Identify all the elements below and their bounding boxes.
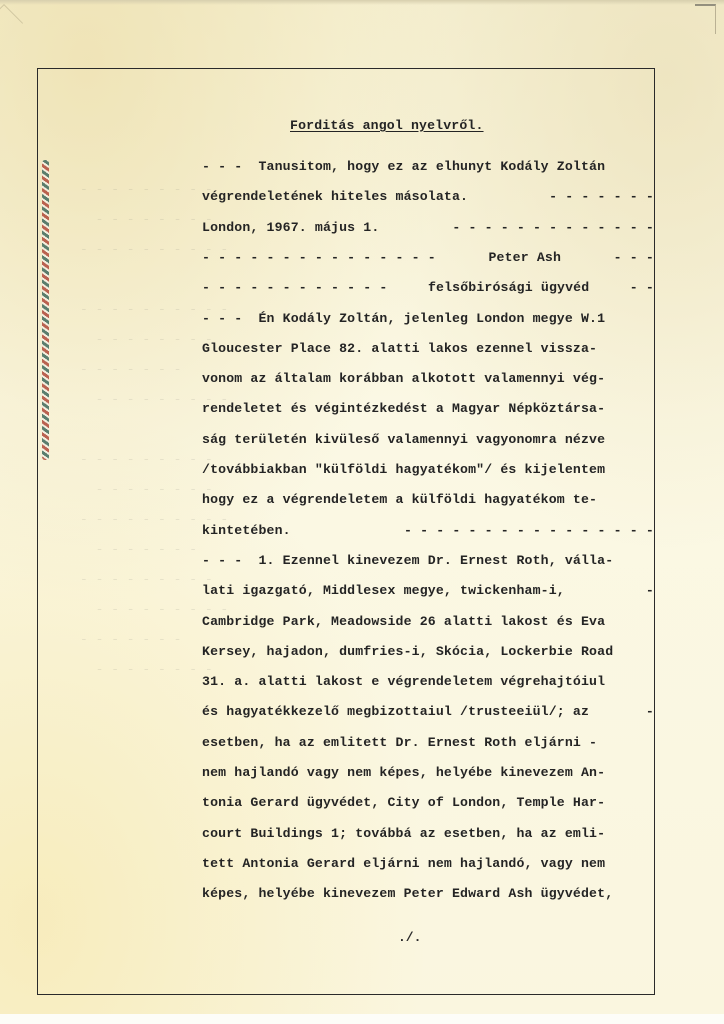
text-segment: - - - - - - - - - - - - -	[452, 219, 654, 237]
text-segment: - - - - - - - - - - - -	[202, 279, 387, 297]
text-line: court Buildings 1; továbbá az esetben, h…	[202, 825, 654, 843]
text-line: - - - - - - - - - - - - - - -Peter Ash- …	[202, 249, 654, 267]
text-segment: Kersey, hajadon, dumfries-i, Skócia, Loc…	[202, 643, 613, 661]
text-line: - - - 1. Ezennel kinevezem Dr. Ernest Ro…	[202, 552, 654, 570]
text-segment: ság területén kivüleső valamennyi vagyon…	[202, 431, 605, 449]
text-segment: Cambridge Park, Meadowside 26 alatti lak…	[202, 613, 605, 631]
tricolor-binding-cord	[42, 160, 49, 460]
text-line: tonia Gerard ügyvédet, City of London, T…	[202, 794, 654, 812]
text-line: ság területén kivüleső valamennyi vagyon…	[202, 431, 654, 449]
text-line: /továbbiakban "külföldi hagyatékom"/ és …	[202, 461, 654, 479]
page-continuation-marker: ./.	[398, 930, 421, 945]
text-line: Gloucester Place 82. alatti lakos ezenne…	[202, 340, 654, 358]
text-line: hogy ez a végrendeletem a külföldi hagya…	[202, 491, 654, 509]
text-line: kintetében.- - - - - - - - - - - - - - -…	[202, 522, 654, 540]
text-segment: - - - - - - - - - - - - - - - -	[404, 522, 654, 540]
document-title: Forditás angol nyelvről.	[290, 118, 484, 133]
text-segment: kintetében.	[202, 522, 291, 540]
text-segment: 31. a. alatti lakost e végrendeletem vég…	[202, 673, 605, 691]
text-line: rendeletet és végintézkedést a Magyar Né…	[202, 400, 654, 418]
text-line: Kersey, hajadon, dumfries-i, Skócia, Loc…	[202, 643, 654, 661]
text-segment: esetben, ha az emlitett Dr. Ernest Roth …	[202, 734, 597, 752]
text-segment: - - - Én Kodály Zoltán, jelenleg London …	[202, 310, 605, 328]
text-line: tett Antonia Gerard eljárni nem hajlandó…	[202, 855, 654, 873]
text-segment: nem hajlandó vagy nem képes, helyébe kin…	[202, 764, 605, 782]
text-segment: végrendeletének hiteles másolata.	[202, 188, 468, 206]
text-segment: - - -	[614, 249, 654, 267]
text-segment: hogy ez a végrendeletem a külföldi hagya…	[202, 491, 597, 509]
text-segment: - - - - - - - - - - - - - - -	[202, 249, 436, 267]
text-line: - - - - - - - - - - - -felsőbirósági ügy…	[202, 279, 654, 297]
text-line: és hagyatékkezelő megbizottaiul /trustee…	[202, 703, 654, 721]
text-segment: tett Antonia Gerard eljárni nem hajlandó…	[202, 855, 605, 873]
text-segment: képes, helyébe kinevezem Peter Edward As…	[202, 885, 613, 903]
text-segment: Gloucester Place 82. alatti lakos ezenne…	[202, 340, 597, 358]
text-segment: lati igazgató, Middlesex megye, twickenh…	[202, 582, 565, 600]
text-segment: London, 1967. május 1.	[202, 219, 379, 237]
text-line: - - - Tanusitom, hogy ez az elhunyt Kodá…	[202, 158, 654, 176]
corner-fold-left	[0, 4, 23, 42]
corner-fold-right	[695, 4, 716, 34]
paper-sheet: - - - - - - - - - - - - - - - - - - - - …	[0, 0, 724, 1024]
text-segment: rendeletet és végintézkedést a Magyar Né…	[202, 400, 605, 418]
text-line: képes, helyébe kinevezem Peter Edward As…	[202, 885, 654, 903]
text-segment: - -	[630, 279, 654, 297]
text-segment: tonia Gerard ügyvédet, City of London, T…	[202, 794, 605, 812]
paper-bottom-edge	[0, 1014, 724, 1024]
paper-top-edge	[0, 0, 724, 5]
text-segment: vonom az általam korábban alkotott valam…	[202, 370, 605, 388]
text-line: 31. a. alatti lakost e végrendeletem vég…	[202, 673, 654, 691]
text-segment: court Buildings 1; továbbá az esetben, h…	[202, 825, 605, 843]
text-line: lati igazgató, Middlesex megye, twickenh…	[202, 582, 654, 600]
text-segment: -	[646, 582, 654, 600]
text-segment: -	[646, 703, 654, 721]
text-segment: /továbbiakban "külföldi hagyatékom"/ és …	[202, 461, 605, 479]
text-segment: és hagyatékkezelő megbizottaiul /trustee…	[202, 703, 589, 721]
text-line: London, 1967. május 1.- - - - - - - - - …	[202, 219, 654, 237]
text-segment: - - - Tanusitom, hogy ez az elhunyt Kodá…	[202, 158, 605, 176]
text-line: végrendeletének hiteles másolata.- - - -…	[202, 188, 654, 206]
text-line: esetben, ha az emlitett Dr. Ernest Roth …	[202, 734, 654, 752]
text-segment: - - - - - - -	[549, 188, 654, 206]
text-line: vonom az általam korábban alkotott valam…	[202, 370, 654, 388]
text-line: - - - Én Kodály Zoltán, jelenleg London …	[202, 310, 654, 328]
text-segment: felsőbirósági ügyvéd	[428, 279, 589, 297]
text-segment: - - - 1. Ezennel kinevezem Dr. Ernest Ro…	[202, 552, 613, 570]
text-line: Cambridge Park, Meadowside 26 alatti lak…	[202, 613, 654, 631]
text-segment: Peter Ash	[488, 249, 561, 267]
text-line: nem hajlandó vagy nem képes, helyébe kin…	[202, 764, 654, 782]
